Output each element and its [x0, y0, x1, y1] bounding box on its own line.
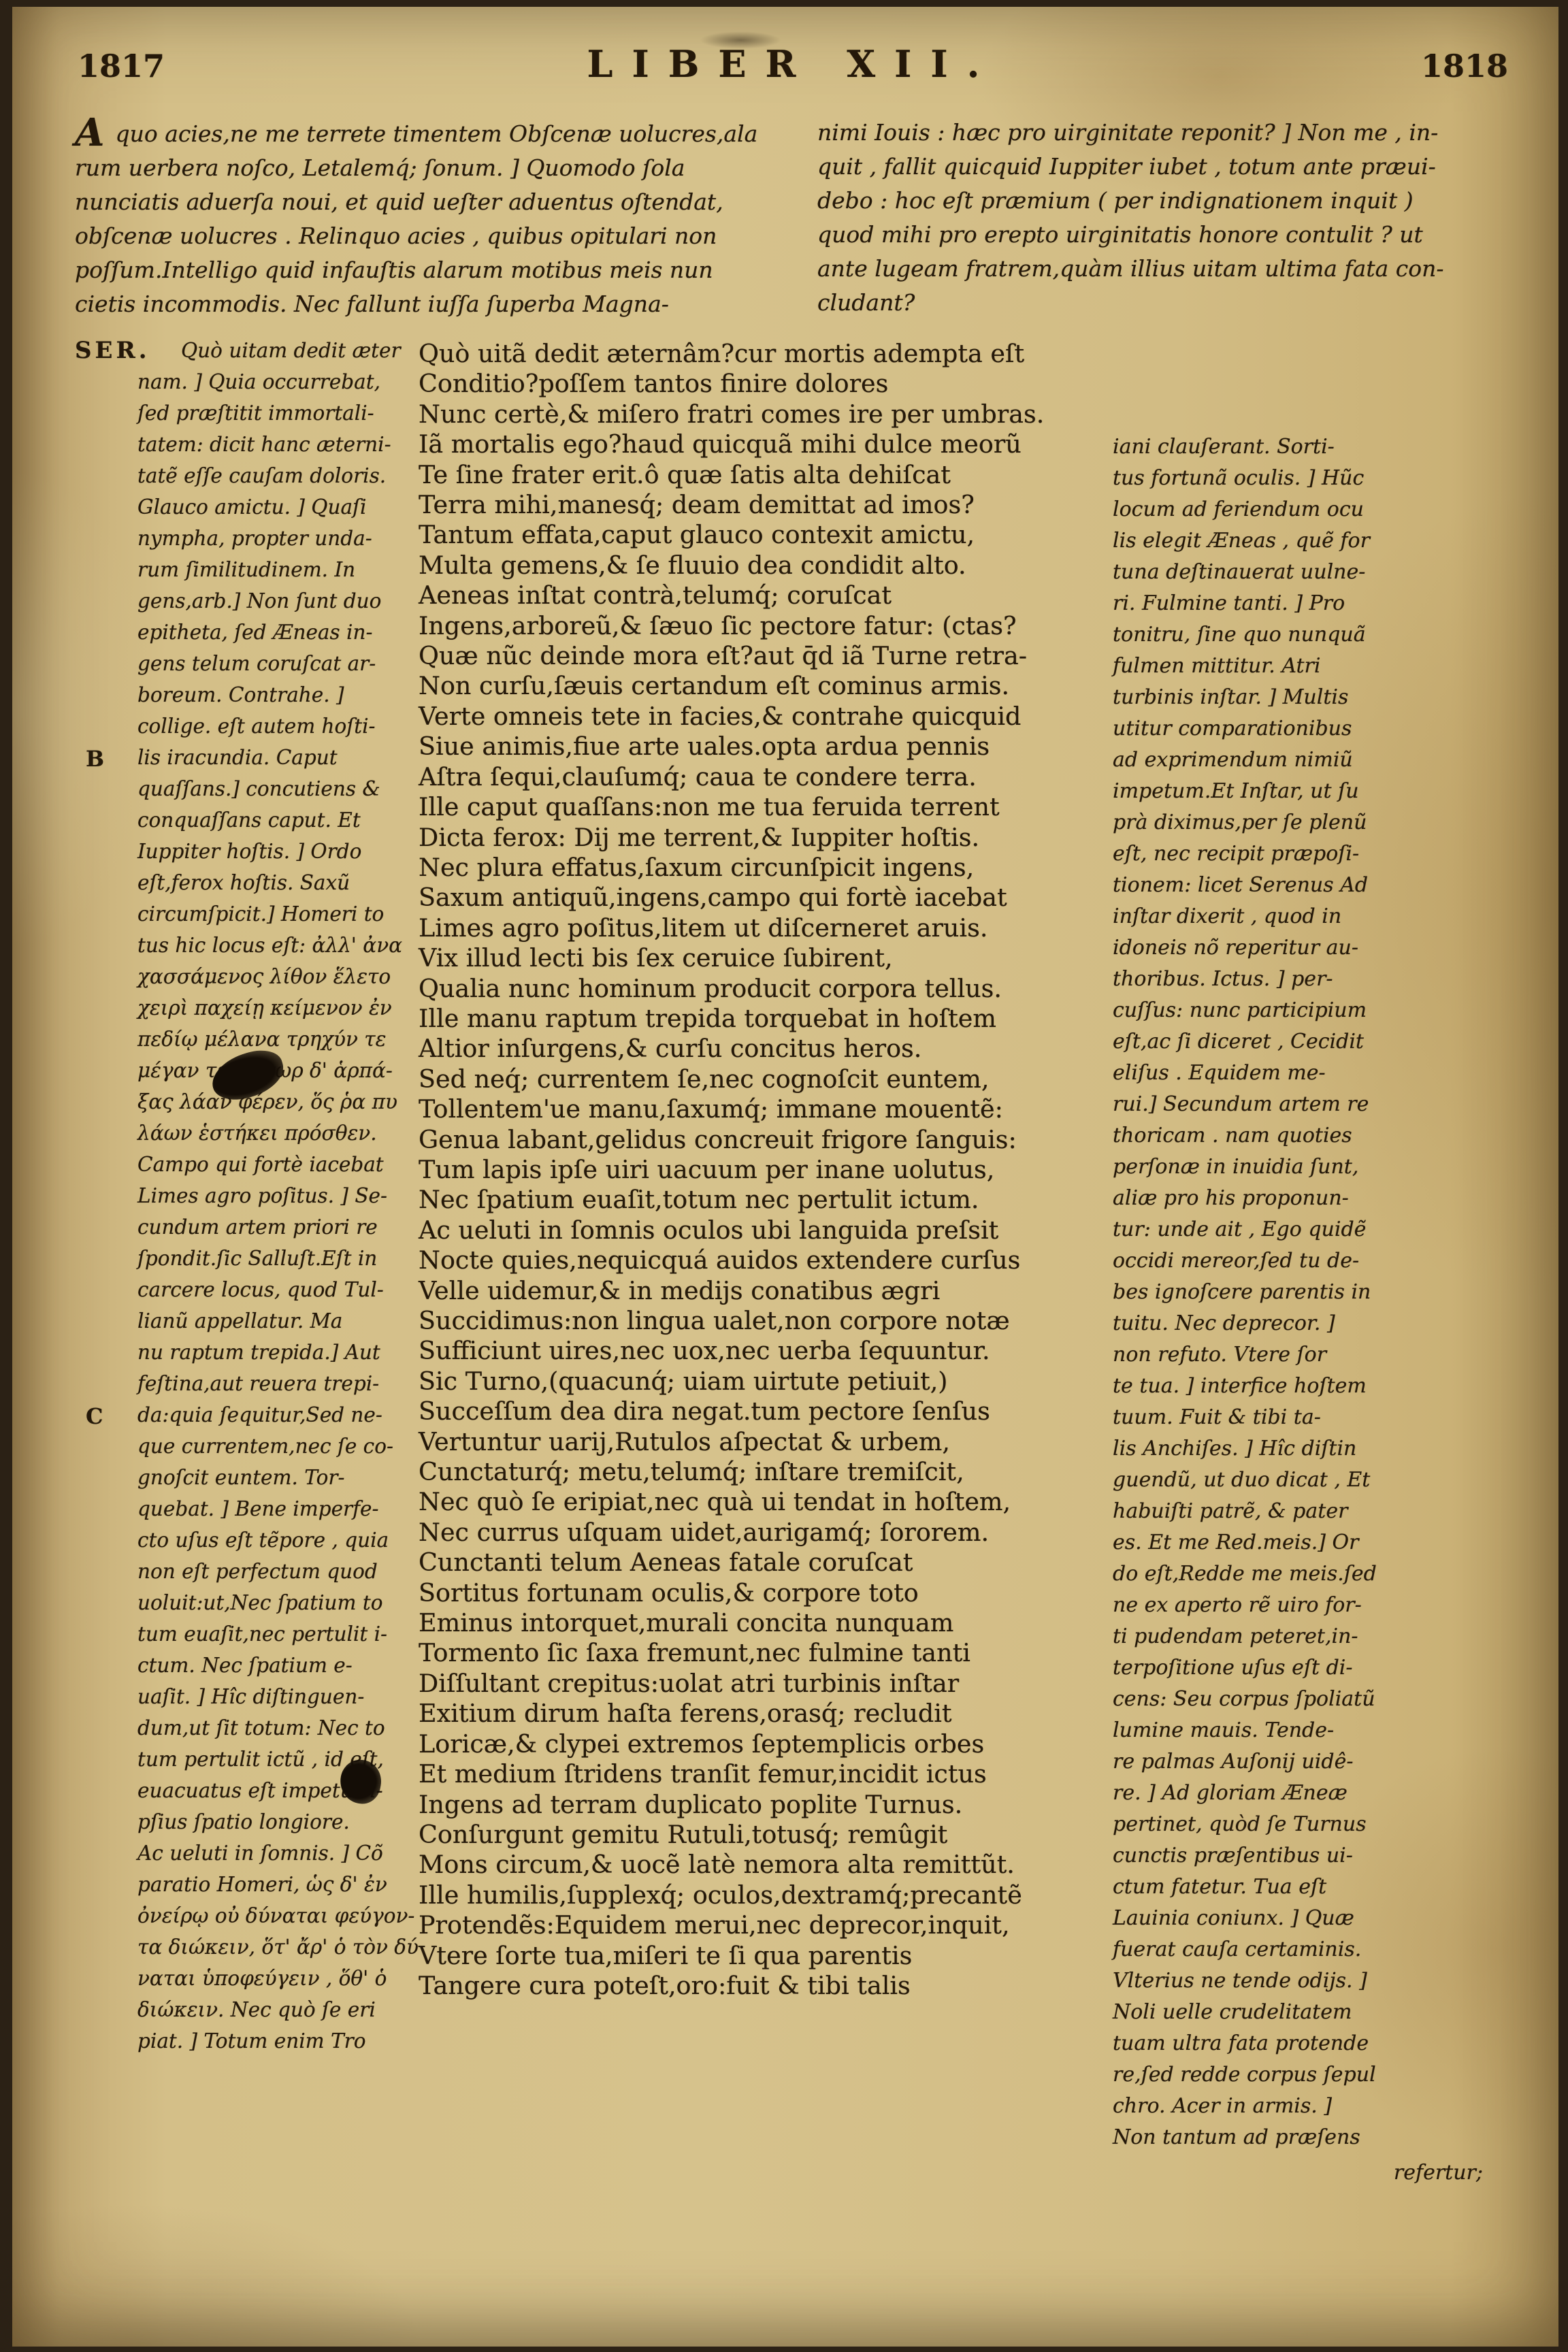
text-line: Ille caput quaſſans:non me tua feruida t… — [419, 792, 1092, 822]
text-line: idoneis nõ reperitur au- — [1113, 932, 1507, 964]
text-line: uoluit:ut,Nec ſpatium to — [137, 1587, 419, 1618]
text-line: Diſſultant crepitus:uolat atri turbinis … — [419, 1669, 1092, 1699]
text-line: ti pudendam peteret,in- — [1113, 1621, 1507, 1652]
text-line: χασσάμενος λίθον ἕλετο — [137, 961, 419, 992]
text-line: thoribus. Ictus. ] per- — [1113, 964, 1507, 995]
text-line: ad exprimendum nimiũ — [1113, 745, 1507, 776]
text-line: ſed præſtitit immortali- — [137, 397, 419, 429]
text-line: Ille manu raptum trepida torquebat in ho… — [419, 1004, 1092, 1034]
text-line: ante lugeam fratrem,quàm illius uitam ul… — [817, 252, 1516, 286]
catchword: refertur; — [1113, 2157, 1507, 2189]
text-line: Vix illud lecti bis ſex ceruice ſubirent… — [419, 943, 1092, 973]
text-line: eliſus . Equidem me- — [1113, 1058, 1507, 1089]
text-line: boreum. Contrahe. ] — [137, 679, 419, 710]
text-line: occidi mereor,ſed tu de- — [1113, 1245, 1507, 1277]
text-line: Te ſine frater erit.ô quæ ſatis alta deh… — [419, 460, 1092, 490]
text-line: Tantum effata,caput glauco contexit amic… — [419, 520, 1092, 550]
verse-lines: Quò uitã dedit æternâm?cur mortis adempt… — [419, 339, 1092, 2001]
text-line: Nec currus uſquam uidet,aurigamq́; ſoror… — [419, 1518, 1092, 1548]
text-line: tatẽ eſſe cauſam doloris. — [137, 460, 419, 491]
text-line: perſonæ in inuidia ſunt, — [1113, 1151, 1507, 1183]
text-line: Sortitus fortunam oculis,& corpore toto — [419, 1578, 1092, 1608]
text-line: gnoſcit euntem. Tor- — [137, 1462, 419, 1493]
text-line: Nocte quies,nequicquá auidos extendere c… — [419, 1245, 1092, 1275]
text-line: Conſurgunt gemitu Rutuli,totusq́; remûgi… — [419, 1820, 1092, 1850]
text-line: Loricæ,& clypei extremos ſeptemplicis or… — [419, 1729, 1092, 1759]
text-line: te tua. ] interfice hoſtem — [1113, 1371, 1507, 1402]
text-line: utitur comparationibus — [1113, 713, 1507, 745]
text-line: Vertuntur uarij,Rutulos aſpectat & urbem… — [419, 1427, 1092, 1457]
page-number-right: 1818 — [998, 48, 1508, 84]
drop-cap: A — [75, 110, 104, 155]
text-line: Ille humilis,ſupplexq́; oculos,dextramq́… — [419, 1880, 1092, 1910]
text-line: tus fortunã oculis. ] Hũc — [1113, 463, 1507, 494]
text-line: tur: unde ait , Ego quidẽ — [1113, 1214, 1507, 1245]
text-line: debo : hoc eſt præmium ( per indignation… — [817, 184, 1516, 218]
right-notes-column: iani clauſerant. Sorti-tus fortunã oculi… — [1113, 335, 1507, 2326]
text-line: Saxum antiquũ,ingens,campo qui fortè iac… — [419, 883, 1092, 913]
text-line: Genua labant,gelidus concreuit frigore ſ… — [419, 1125, 1092, 1155]
text-line: Iuppiter hoſtis. ] Ordo — [137, 836, 419, 867]
text-line: Nec ſpatium euaſit,totum nec pertulit ic… — [419, 1185, 1092, 1215]
text-line: Exitium dirum haſta ferens,orasq́; reclu… — [419, 1699, 1092, 1729]
text-line: Vtere ſorte tua,miſeri te ſi qua parenti… — [419, 1941, 1092, 1971]
page-header: 1817 LIBER XII. 1818 — [78, 42, 1508, 86]
text-line: re palmas Auſonij uidê- — [1113, 1746, 1507, 1778]
text-line: Limes agro poſitus,litem ut diſcerneret … — [419, 913, 1092, 943]
text-line: cunctis præſentibus ui- — [1113, 1840, 1507, 1872]
text-line: conquaſſans caput. Et — [137, 804, 419, 836]
main-text-block: SER. B C Quò uitam dedit æternam. ] Quia… — [75, 335, 1523, 2326]
text-line: lumine mauis. Tende- — [1113, 1715, 1507, 1746]
page-number-left: 1817 — [78, 48, 587, 84]
text-line: lis iracundia. Caput — [137, 742, 419, 773]
text-line: Tum lapis ipſe uiri uacuum per inane uol… — [419, 1155, 1092, 1185]
text-line: Tollentem'ue manu,ſaxumq́; immane mouent… — [419, 1094, 1092, 1124]
text-line: gens,arb.] Non ſunt duo — [137, 585, 419, 617]
text-line: piat. ] Totum enim Tro — [137, 2025, 419, 2057]
text-line: ſpondit.ſic Salluſt.Eſt in — [137, 1243, 419, 1274]
text-line: lianũ appellatur. Ma — [137, 1305, 419, 1337]
intro-left-column: Aquo acies,ne me terrete timentem Obſcen… — [75, 116, 774, 321]
text-line: Siue animis,fiue arte uales.opta ardua p… — [419, 732, 1092, 762]
text-line: prà diximus,per ſe plenũ — [1113, 807, 1507, 838]
text-line: epitheta, ſed Æneas in- — [137, 617, 419, 648]
text-line: ὀνείρῳ οὐ δύναται φεύγον- — [137, 1900, 419, 1931]
text-line: Non tantum ad præſens — [1113, 2122, 1507, 2153]
text-line: da:quia ſequitur,Sed ne- — [137, 1399, 419, 1431]
text-line: Tangere cura poteſt,oro:fuit & tibi tali… — [419, 1971, 1092, 2001]
text-line: nam. ] Quia occurrebat, — [137, 366, 419, 397]
text-line: Altior inſurgens,& curſu concitus heros. — [419, 1034, 1092, 1064]
text-line: Protendẽs:Equidem merui,nec deprecor,inq… — [419, 1910, 1092, 1940]
text-line: do eſt,Redde me meis.ſed — [1113, 1558, 1507, 1590]
text-line: pertinet, quòd ſe Turnus — [1113, 1809, 1507, 1840]
text-line: cietis incommodis. Nec fallunt iuſſa ſup… — [75, 287, 774, 321]
text-line: poſſum.Intelligo quid infauſtis alarum m… — [75, 253, 774, 287]
text-line: fuerat cauſa certaminis. — [1113, 1934, 1507, 1965]
text-line: Cunctanti telum Aeneas fatale coruſcat — [419, 1548, 1092, 1578]
text-line: eſt,ferox hoſtis. Saxũ — [137, 867, 419, 898]
left-notes-column: SER. B C Quò uitam dedit æternam. ] Quia… — [75, 335, 419, 2326]
text-line: iani clauſerant. Sorti- — [1113, 431, 1507, 463]
text-line: tuam ultra fata protende — [1113, 2028, 1507, 2059]
text-line: feſtina,aut reuera trepi- — [137, 1368, 419, 1399]
text-line: habuiſti patrẽ, & pater — [1113, 1496, 1507, 1527]
text-line: turbinis inſtar. ] Multis — [1113, 682, 1507, 713]
text-line: Verte omneis tete in facies,& contrahe q… — [419, 702, 1092, 732]
text-line: Glauco amictu. ] Quaſi — [137, 491, 419, 523]
text-line: Vlterius ne tende odijs. ] — [1113, 1965, 1507, 1997]
text-line: re. ] Ad gloriam Æneæ — [1113, 1778, 1507, 1809]
text-line: uaſit. ] Hîc diſtinguen- — [137, 1681, 419, 1712]
text-line: quebat. ] Bene imperfe- — [137, 1493, 419, 1524]
text-line: eſt, nec recipit præpoſi- — [1113, 838, 1507, 870]
text-line: pſius ſpatio longiore. — [137, 1806, 419, 1837]
text-line: non eſt perfectum quod — [137, 1556, 419, 1587]
text-line: τα διώκειν, ὅτ' ἄρ' ὁ τὸν δύ — [137, 1931, 419, 1963]
text-line: rum ſimilitudinem. In — [137, 554, 419, 585]
text-line: nimi Iouis : hæc pro uirginitate reponit… — [817, 116, 1516, 150]
text-line: Ingens,arboreũ,& ſæuo ſic pectore fatur:… — [419, 611, 1092, 641]
text-line: tonitru, ſine quo nunquã — [1113, 619, 1507, 651]
text-line: ξας λάαν φέρεν, ὅς ῥα πυ — [137, 1086, 419, 1117]
text-line: πεδίῳ μέλανα τρηχύν τε — [137, 1024, 419, 1055]
text-line: Mons circum,& uocẽ latè nemora alta remi… — [419, 1850, 1092, 1880]
text-line: tus hic locus eſt: ἀλλ' ἀνα — [137, 930, 419, 961]
text-line: tuitu. Nec deprecor. ] — [1113, 1308, 1507, 1339]
text-line: Multa gemens,& ſe fluuio dea condidit al… — [419, 551, 1092, 581]
text-line: Succeſſum dea dira negat.tum pectore ſen… — [419, 1396, 1092, 1426]
text-line: Succidimus:non lingua ualet,non corpore … — [419, 1306, 1092, 1336]
text-line: Nec quò ſe eripiat,nec quà ui tendat in … — [419, 1487, 1092, 1517]
text-line: cundum artem priori re — [137, 1211, 419, 1243]
verse-column: Quò uitã dedit æternâm?cur mortis adempt… — [419, 335, 1092, 2326]
book-page: 1817 LIBER XII. 1818 Aquo acies,ne me te… — [12, 7, 1558, 2347]
text-line: ri. Fulmine tanti. ] Pro — [1113, 588, 1507, 619]
text-line: ne ex aperto rẽ uiro for- — [1113, 1590, 1507, 1621]
text-line: dum,ut ſit totum: Nec to — [137, 1712, 419, 1744]
text-line: quaſſans.] concutiens & — [137, 773, 419, 804]
text-line: Aſtra ſequi,clauſumq́; caua te condere t… — [419, 762, 1092, 792]
intro-left-lines: rum uerbera noſco, Letalemq́; ſonum. ] Q… — [75, 151, 774, 321]
text-line: ctum fatetur. Tua eſt — [1113, 1872, 1507, 1903]
commentator-label: SER. — [75, 335, 150, 366]
text-line: Terra mihi,manesq́; deam demittat ad imo… — [419, 490, 1092, 520]
text-line: aliæ pro his proponun- — [1113, 1183, 1507, 1214]
text-line: chro. Acer in armis. ] — [1113, 2091, 1507, 2122]
right-notes-lines: iani clauſerant. Sorti-tus fortunã oculi… — [1113, 431, 1507, 2153]
text-line: Dicta ferox: Dij me terrent,& Iuppiter h… — [419, 823, 1092, 853]
text-line: eſt,ac ſi diceret , Cecidit — [1113, 1026, 1507, 1058]
text-line: paratio Homeri, ὡς δ' ἐν — [137, 1869, 419, 1900]
text-line: Velle uidemur,& in medijs conatibus ægri — [419, 1276, 1092, 1306]
text-line: Aeneas inſtat contrà,telumq́; coruſcat — [419, 581, 1092, 610]
intro-right-lines: nimi Iouis : hæc pro uirginitate reponit… — [817, 116, 1516, 320]
text-line: Sufficiunt uires,nec uox,nec uerba ſequu… — [419, 1336, 1092, 1366]
text-line: Eminus intorquet,murali concita nunquam — [419, 1608, 1092, 1638]
text-line: Campo qui fortè iacebat — [137, 1149, 419, 1180]
text-line: Ac ueluti in ſomnis. ] Cõ — [137, 1837, 419, 1869]
text-line: Et medium ſtridens tranſit femur,incidit… — [419, 1759, 1092, 1789]
text-line: cludant? — [817, 286, 1516, 320]
text-line: terpoſitione uſus eſt di- — [1113, 1652, 1507, 1684]
text-line: ctum. Nec ſpatium e- — [137, 1650, 419, 1681]
text-line: bes ignoſcere parentis in — [1113, 1277, 1507, 1308]
text-line: cuſſus: nunc participium — [1113, 995, 1507, 1026]
text-line: locum ad feriendum ocu — [1113, 494, 1507, 525]
text-line: Iã mortalis ego?haud quicquã mihi dulce … — [419, 429, 1092, 459]
text-line: Non curſu,ſæuis certandum eſt cominus ar… — [419, 671, 1092, 701]
text-line: λάων ἑστήκει πρόσθεν. — [137, 1117, 419, 1149]
text-line: re,ſed redde corpus ſepul — [1113, 2059, 1507, 2091]
text-line: tatem: dicit hanc æterni- — [137, 429, 419, 460]
text-line: que currentem,nec ſe co- — [137, 1431, 419, 1462]
text-line: cens: Seu corpus ſpoliatũ — [1113, 1684, 1507, 1715]
text-line: Nec plura effatus,ſaxum circunſpicit ing… — [419, 853, 1092, 883]
text-line: quit , fallit quicquid Iuppiter iubet , … — [817, 150, 1516, 184]
intro-commentary: Aquo acies,ne me terrete timentem Obſcen… — [75, 116, 1516, 321]
text-line: lis elegit Æneas , quẽ for — [1113, 525, 1507, 557]
text-line: gens telum coruſcat ar- — [137, 648, 419, 679]
text-line: rui.] Secundum artem re — [1113, 1089, 1507, 1120]
text-line: tuna deſtinauerat uulne- — [1113, 557, 1507, 588]
text-line: obſcenæ uolucres . Relinquo acies , quib… — [75, 219, 774, 253]
text-line: nunciatis aduerſa noui, et quid ueſter a… — [75, 185, 774, 219]
text-line: Ac ueluti in ſomnis oculos ubi languida … — [419, 1215, 1092, 1245]
text-line: Sic Turno,(quacunq́; uiam uirtute petiui… — [419, 1367, 1092, 1396]
text-line: circumſpicit.] Homeri to — [137, 898, 419, 930]
intro-first-line: Aquo acies,ne me terrete timentem Obſcen… — [75, 116, 774, 151]
text-line: Tormento ſic ſaxa fremunt,nec fulmine ta… — [419, 1638, 1092, 1668]
text-line: Quò uitã dedit æternâm?cur mortis adempt… — [419, 339, 1092, 369]
intro-first-line-text: quo acies,ne me terrete timentem Obſcenæ… — [115, 120, 757, 147]
text-line: Limes agro poſitus. ] Se- — [137, 1180, 419, 1211]
text-line: Quò uitam dedit æter — [137, 335, 419, 366]
text-line: Lauinia coniunx. ] Quæ — [1113, 1903, 1507, 1934]
text-line: Conditio?poſſem tantos finire dolores — [419, 369, 1092, 399]
text-line: Cunctaturq́; metu,telumq́; inſtare tremi… — [419, 1457, 1092, 1487]
text-line: ναται ὑποφεύγειν , ὅθ' ὁ — [137, 1963, 419, 1994]
text-line: Noli uelle crudelitatem — [1113, 1997, 1507, 2028]
text-line: non refuto. Vtere ſor — [1113, 1339, 1507, 1371]
text-line: Nunc certè,& miſero fratri comes ire per… — [419, 399, 1092, 429]
text-line: es. Et me Red.meis.] Or — [1113, 1527, 1507, 1558]
text-line: Sed neq́; currentem ſe,nec cognoſcit eun… — [419, 1064, 1092, 1094]
text-line: guendũ, ut duo dicat , Et — [1113, 1465, 1507, 1496]
left-notes-lines: Quò uitam dedit æternam. ] Quia occurreb… — [137, 335, 419, 2057]
text-line: nu raptum trepida.] Aut — [137, 1337, 419, 1368]
margin-letter-c: C — [86, 1401, 103, 1432]
text-line: Ingens ad terram duplicato poplite Turnu… — [419, 1790, 1092, 1820]
margin-letter-b: B — [86, 743, 104, 774]
text-line: tuum. Fuit & tibi ta- — [1113, 1402, 1507, 1433]
text-line: διώκειν. Nec quò ſe eri — [137, 1994, 419, 2025]
text-line: cto uſus eſt tẽpore , quia — [137, 1524, 419, 1556]
page-title: LIBER XII. — [587, 42, 999, 86]
text-line: tum euaſit,nec pertulit i- — [137, 1618, 419, 1650]
text-line: quod mihi pro erepto uirginitatis honore… — [817, 218, 1516, 252]
text-line: Quæ nũc deinde mora eſt?aut q̄d iã Turne… — [419, 641, 1092, 671]
book-photo: 1817 LIBER XII. 1818 Aquo acies,ne me te… — [0, 0, 1568, 2352]
text-line: tionem: licet Serenus Ad — [1113, 870, 1507, 901]
text-line: rum uerbera noſco, Letalemq́; ſonum. ] Q… — [75, 151, 774, 185]
text-line: collige. eſt autem hoſti- — [137, 710, 419, 742]
text-line: inſtar dixerit , quod in — [1113, 901, 1507, 932]
text-line: impetum.Et Inſtar, ut ſu — [1113, 776, 1507, 807]
intro-right-column: nimi Iouis : hæc pro uirginitate reponit… — [817, 116, 1516, 321]
text-line: χειρὶ παχείῃ κείμενον ἐν — [137, 992, 419, 1024]
text-line: carcere locus, quod Tul- — [137, 1274, 419, 1305]
text-line: thoricam . nam quoties — [1113, 1120, 1507, 1151]
text-line: fulmen mittitur. Atri — [1113, 651, 1507, 682]
text-line: nympha, propter unda- — [137, 523, 419, 554]
text-line: lis Anchiſes. ] Hîc diſtin — [1113, 1433, 1507, 1465]
text-line: Qualia nunc hominum producit corpora tel… — [419, 974, 1092, 1004]
